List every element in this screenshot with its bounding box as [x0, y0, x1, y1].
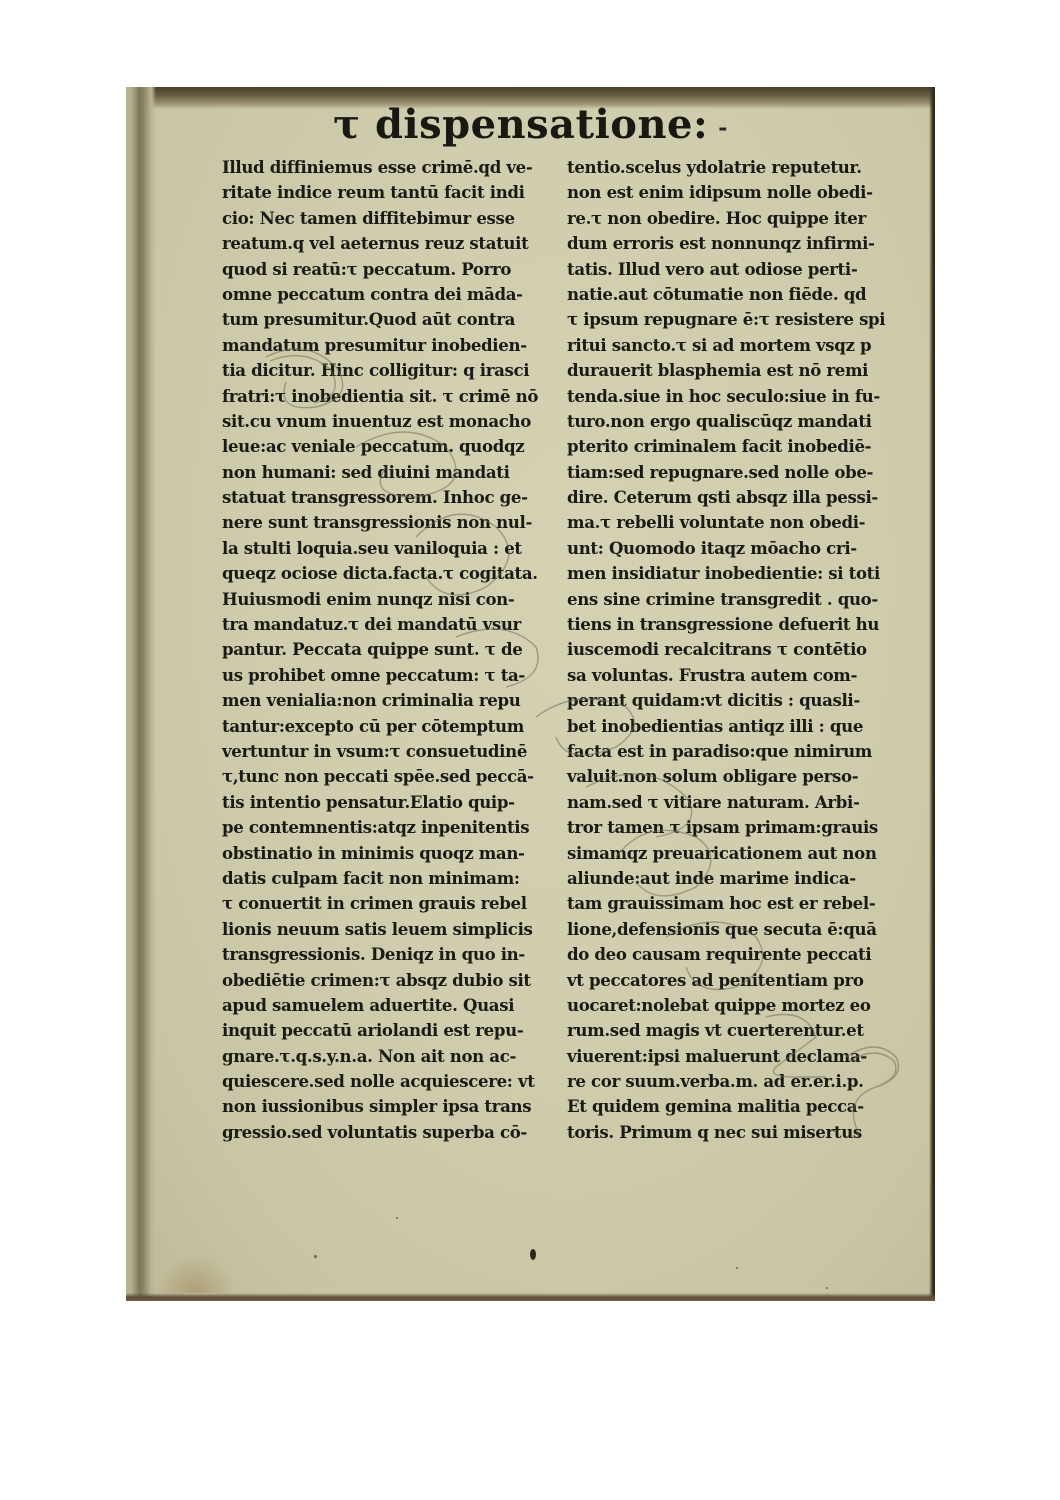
text-line: valuit.non solum obligare perso- [567, 764, 897, 789]
text-line: sit.cu vnum inuentuz est monacho [222, 409, 544, 434]
text-line: statuat transgressorem. Inhoc ge- [222, 485, 544, 510]
text-line: pantur. Peccata quippe sunt. τ de [222, 637, 544, 662]
text-line: nere sunt transgressionis non nul- [222, 510, 544, 535]
text-line: τ,tunc non peccati spēe.sed peccā- [222, 764, 544, 789]
text-line: pterito criminalem facit inobediē- [567, 434, 897, 459]
paper-stain [156, 1253, 236, 1293]
text-line: men insidiatur inobedientie: si toti [567, 561, 897, 586]
text-line: re.τ non obedire. Hoc quippe iter [567, 206, 897, 231]
text-line: quod si reatū:τ peccatum. Porro [222, 257, 544, 282]
text-line: mandatum presumitur inobedien- [222, 333, 544, 358]
text-line: Huiusmodi enim nunqz nisi con- [222, 587, 544, 612]
text-line: ens sine crimine transgredit . quo- [567, 587, 897, 612]
text-line: omne peccatum contra dei māda- [222, 282, 544, 307]
running-head-text: τ dispensatione: [333, 101, 708, 148]
text-line: tia dicitur. Hinc colligitur: q irasci [222, 358, 544, 383]
page-ink-mark [530, 1249, 536, 1260]
text-line: Et quidem gemina malitia pecca- [567, 1094, 897, 1119]
text-line: ma.τ rebelli voluntate non obedi- [567, 510, 897, 535]
text-line: obstinatio in minimis quoqz man- [222, 841, 544, 866]
text-line: simamqz preuaricationem aut non [567, 841, 897, 866]
running-head: τ dispensatione:- [126, 101, 935, 148]
text-line: tam grauissimam hoc est er rebel- [567, 891, 897, 916]
text-line: vertuntur in vsum:τ consuetudinē [222, 739, 544, 764]
text-line: lionis neuum satis leuem simplicis [222, 917, 544, 942]
text-line: non est enim idipsum nolle obedi- [567, 180, 897, 205]
text-line: re cor suum.verba.m. ad er.er.i.p. [567, 1069, 897, 1094]
text-line: do deo causam requirente peccati [567, 942, 897, 967]
text-line: la stulti loquia.seu vaniloquia : et [222, 536, 544, 561]
text-line: ritui sancto.τ si ad mortem vsqz p [567, 333, 897, 358]
text-line: tiens in transgressione defuerit hu [567, 612, 897, 637]
text-line: non humani: sed diuini mandati [222, 460, 544, 485]
text-line: turo.non ergo qualiscūqz mandati [567, 409, 897, 434]
text-column-left: Illud diffiniemus esse crimē.qd ve-ritat… [222, 155, 544, 1145]
text-line: tra mandatuz.τ dei mandatū vsur [222, 612, 544, 637]
text-line: apud samuelem aduertite. Quasi [222, 993, 544, 1018]
text-line: gressio.sed voluntatis superba cō- [222, 1120, 544, 1145]
text-line: vt peccatores ad penitentiam pro [567, 968, 897, 993]
paper-speck [826, 1287, 828, 1289]
text-line: iuscemodi recalcitrans τ contētio [567, 637, 897, 662]
text-line: quiescere.sed nolle acquiescere: vt [222, 1069, 544, 1094]
binding-gutter [126, 87, 156, 1301]
text-line: gnare.τ.q.s.y.n.a. Non ait non ac- [222, 1044, 544, 1069]
text-line: datis culpam facit non minimam: [222, 866, 544, 891]
running-head-mark: - [718, 115, 728, 141]
text-line: transgressionis. Deniqz in quo in- [222, 942, 544, 967]
text-line: uocaret:nolebat quippe mortez eo [567, 993, 897, 1018]
text-line: us prohibet omne peccatum: τ ta- [222, 663, 544, 688]
text-line: tror tamen τ ipsam primam:grauis [567, 815, 897, 840]
text-line: non iussionibus simpler ipsa trans [222, 1094, 544, 1119]
text-line: tantur:excepto cū per cōtemptum [222, 714, 544, 739]
text-line: natie.aut cōtumatie non fiēde. qd [567, 282, 897, 307]
paper-speck [396, 1217, 398, 1219]
text-line: ritate indice reum tantū facit indi [222, 180, 544, 205]
text-line: facta est in paradiso:que nimirum [567, 739, 897, 764]
scanned-book-page: τ dispensatione:- Illud diffiniemus esse… [126, 87, 935, 1301]
text-line: sa voluntas. Frustra autem com- [567, 663, 897, 688]
text-line: nam.sed τ vitiare naturam. Arbi- [567, 790, 897, 815]
text-line: durauerit blasphemia est nō remi [567, 358, 897, 383]
text-line: toris. Primum q nec sui misertus [567, 1120, 897, 1145]
text-line: dum erroris est nonnunqz infirmi- [567, 231, 897, 256]
text-line: unt: Quomodo itaqz mōacho cri- [567, 536, 897, 561]
text-column-right: tentio.scelus ydolatrie reputetur.non es… [567, 155, 897, 1145]
text-line: tis intentio pensatur.Elatio quip- [222, 790, 544, 815]
text-line: lione,defensionis que secuta ē:quā [567, 917, 897, 942]
text-line: viuerent:ipsi maluerunt declama- [567, 1044, 897, 1069]
text-line: bet inobedientias antiqz illi : que [567, 714, 897, 739]
paper-speck [736, 1267, 738, 1269]
text-line: tentio.scelus ydolatrie reputetur. [567, 155, 897, 180]
text-line: pe contemnentis:atqz inpenitentis [222, 815, 544, 840]
text-line: perant quidam:vt dicitis : quasli- [567, 688, 897, 713]
text-line: dire. Ceterum qsti absqz illa pessi- [567, 485, 897, 510]
text-line: queqz ociose dicta.facta.τ cogitata. [222, 561, 544, 586]
text-line: tatis. Illud vero aut odiose perti- [567, 257, 897, 282]
text-line: aliunde:aut inde marime indica- [567, 866, 897, 891]
page-right-edge [929, 87, 935, 1301]
text-line: inquit peccatū ariolandi est repu- [222, 1018, 544, 1043]
text-line: tum presumitur.Quod aūt contra [222, 307, 544, 332]
text-line: τ conuertit in crimen grauis rebel [222, 891, 544, 916]
text-line: Illud diffiniemus esse crimē.qd ve- [222, 155, 544, 180]
text-line: men venialia:non criminalia repu [222, 688, 544, 713]
page-bottom-edge [126, 1293, 935, 1301]
text-line: cio: Nec tamen diffitebimur esse [222, 206, 544, 231]
text-line: reatum.q vel aeternus reuz statuit [222, 231, 544, 256]
text-line: obediētie crimen:τ absqz dubio sit [222, 968, 544, 993]
text-line: tiam:sed repugnare.sed nolle obe- [567, 460, 897, 485]
text-line: fratri:τ inobedientia sit. τ crimē nō [222, 384, 544, 409]
paper-speck [314, 1255, 317, 1258]
text-line: leue:ac veniale peccatum. quodqz [222, 434, 544, 459]
text-line: tenda.siue in hoc seculo:siue in fu- [567, 384, 897, 409]
text-line: rum.sed magis vt cuerterentur.et [567, 1018, 897, 1043]
text-line: τ ipsum repugnare ē:τ resistere spi [567, 307, 897, 332]
